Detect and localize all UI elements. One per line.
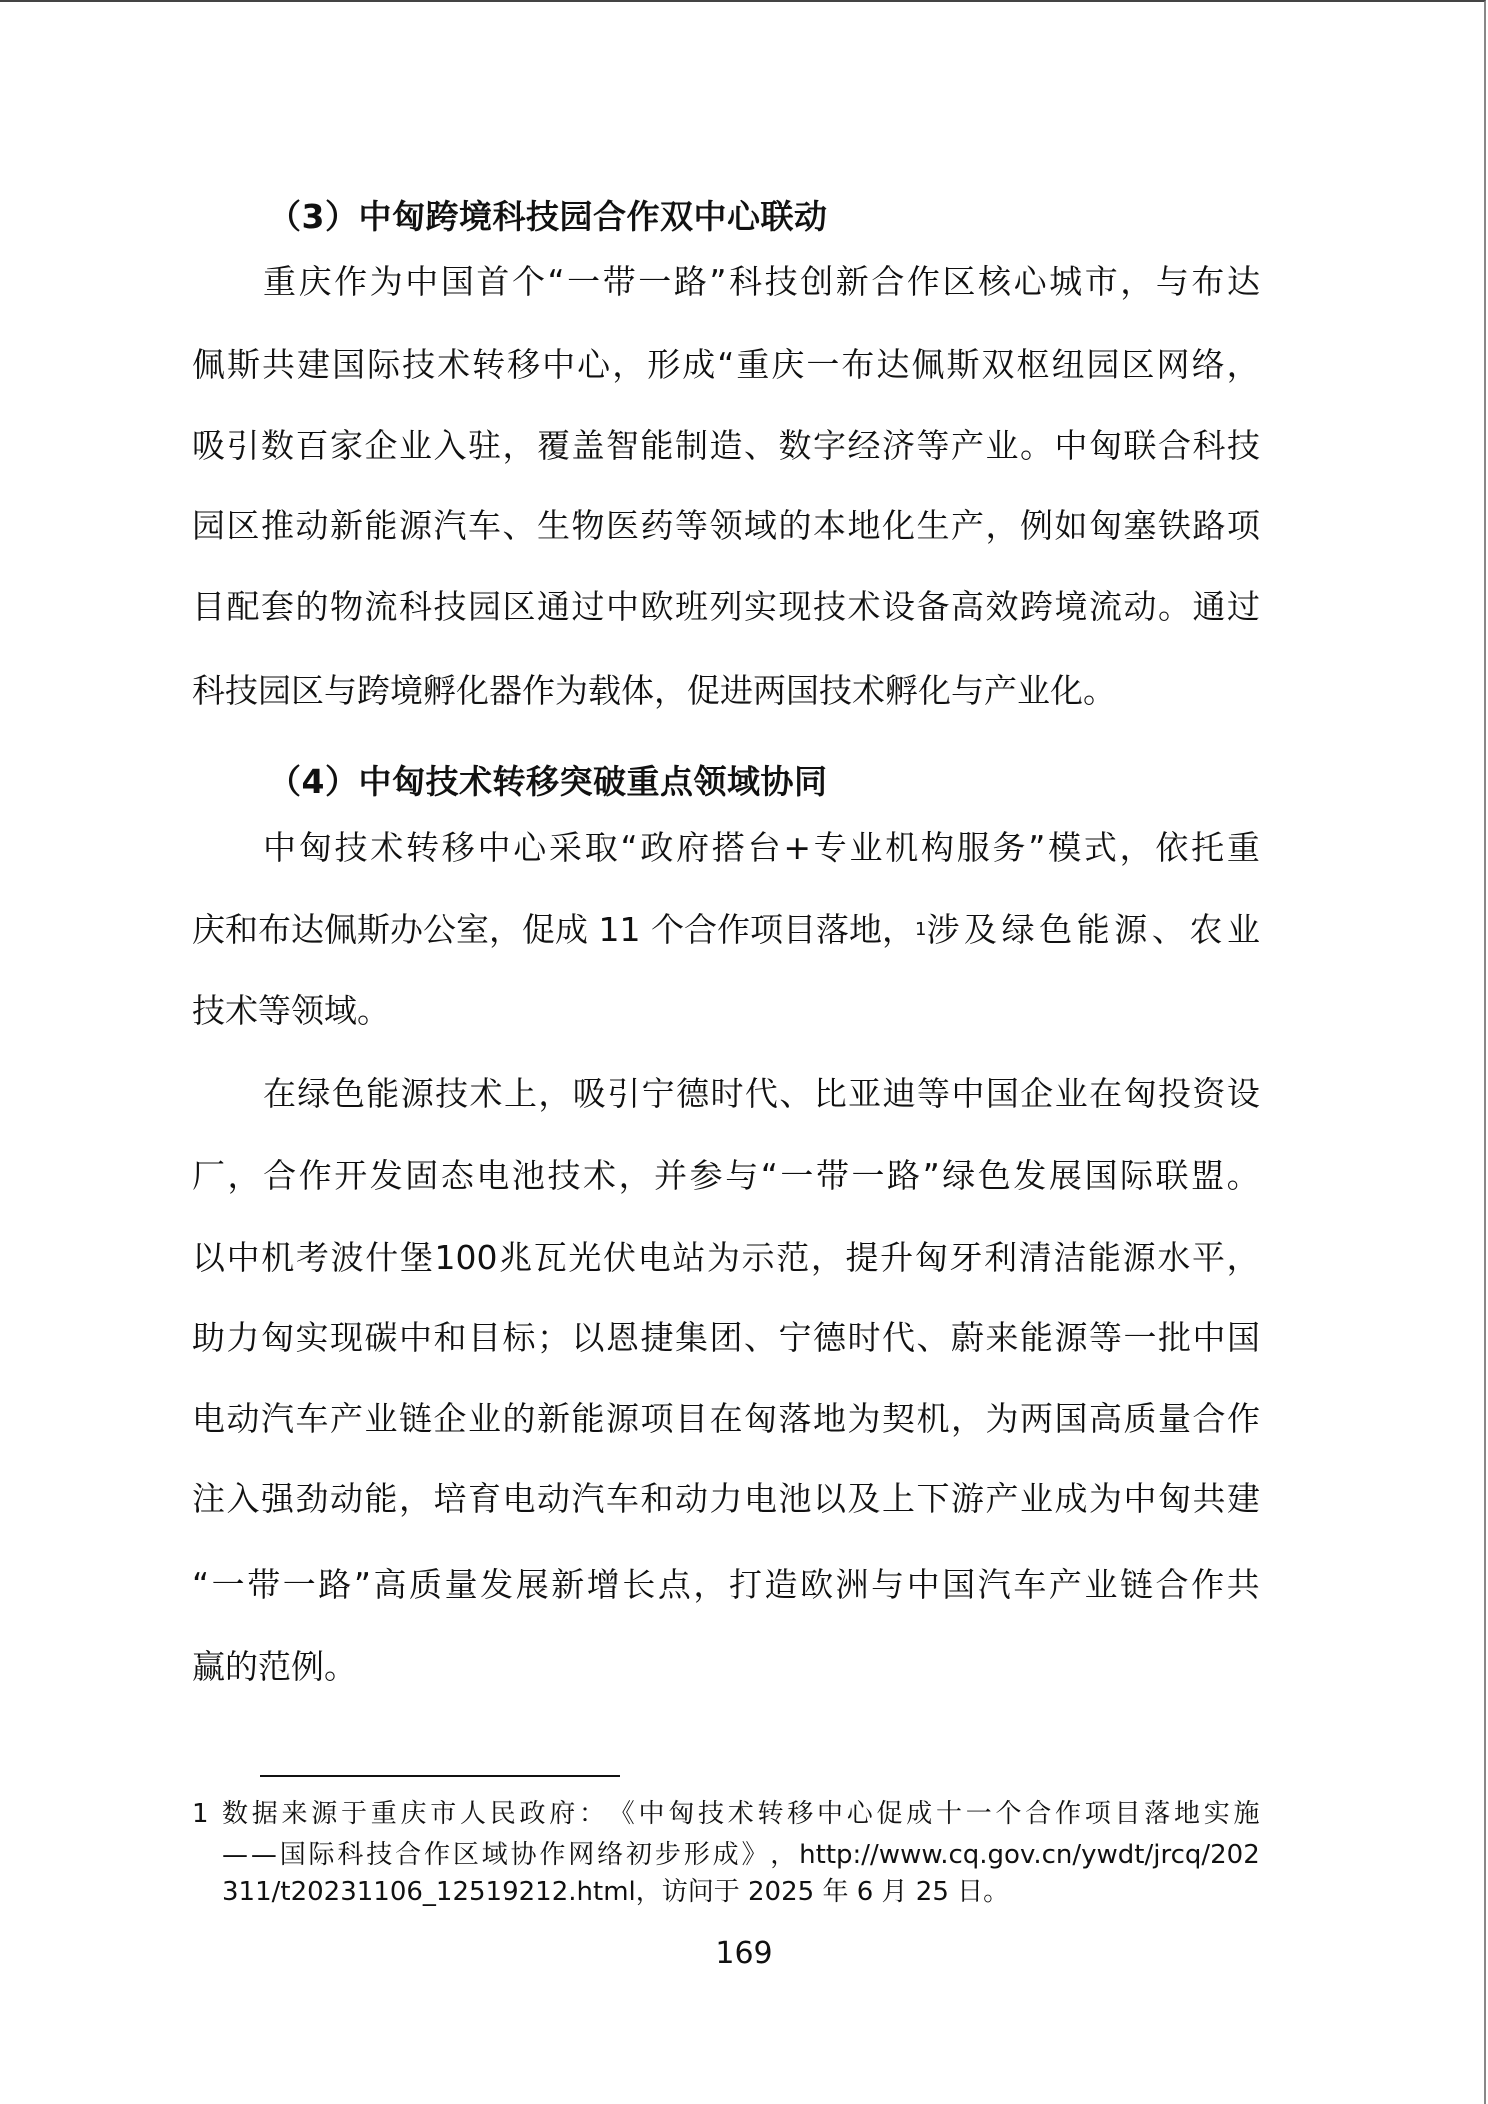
section-3-line-3: 吸引数百家企业入驻，覆盖智能制造、数字经济等产业。中匈联合科技 [192, 424, 1260, 468]
section-4-p1-line-2: 庆和布达佩斯办公室，促成 11 个合作项目落地，1涉及绿色能源、农业 [192, 908, 1260, 952]
footnote-line-1: 数据来源于重庆市人民政府：《中匈技术转移中心促成十一个合作项目落地实施 [222, 1797, 1260, 1831]
section-4-p2-line-1: 在绿色能源技术上，吸引宁德时代、比亚迪等中国企业在匈投资设 [263, 1072, 1260, 1116]
page-frame [0, 0, 1486, 2104]
section-3-line-6: 科技园区与跨境孵化器作为载体，促进两国技术孵化与产业化。 [192, 669, 1260, 713]
section-4-p2-line-2: 厂，合作开发固态电池技术，并参与“一带一路”绿色发展国际联盟。 [192, 1154, 1260, 1198]
section-4-p1-line-2-text-b: 涉及绿色能源、农业 [926, 908, 1260, 952]
section-3-line-5: 目配套的物流科技园区通过中欧班列实现技术设备高效跨境流动。通过 [192, 585, 1260, 629]
section-3-line-1: 重庆作为中国首个“一带一路”科技创新合作区核心城市，与布达 [263, 260, 1260, 304]
section-4-p2-line-5: 电动汽车产业链企业的新能源项目在匈落地为契机，为两国高质量合作 [192, 1397, 1260, 1441]
section-4-p1-line-1: 中匈技术转移中心采取“政府搭台+专业机构服务”模式，依托重 [263, 826, 1260, 870]
section-4-p1-line-3: 技术等领域。 [192, 989, 1260, 1033]
footnote-line-3: 311/t20231106_12519212.html，访问于 2025 年 6… [222, 1875, 1260, 1909]
section-4-p2-line-3: 以中机考波什堡100兆瓦光伏电站为示范，提升匈牙利清洁能源水平， [192, 1236, 1260, 1280]
section-4-p2-line-6: 注入强劲动能，培育电动汽车和动力电池以及上下游产业成为中匈共建 [192, 1477, 1260, 1521]
section-4-p2-line-4: 助力匈实现碳中和目标；以恩捷集团、宁德时代、蔚来能源等一批中国 [192, 1316, 1260, 1360]
section-4-heading: （4）中匈技术转移突破重点领域协同 [268, 760, 827, 804]
section-4-p1-line-2-text-a: 庆和布达佩斯办公室，促成 11 个合作项目落地， [192, 908, 915, 952]
page-number: 169 [0, 1934, 1488, 1974]
section-4-p2-line-7: “一带一路”高质量发展新增长点，打造欧洲与中国汽车产业链合作共 [192, 1563, 1260, 1607]
section-3-line-4: 园区推动新能源汽车、生物医药等领域的本地化生产，例如匈塞铁路项 [192, 504, 1260, 548]
section-4-p2-line-8: 赢的范例。 [192, 1645, 1260, 1689]
section-4-p1-line-2-rest: 1涉及绿色能源、农业 [915, 908, 1260, 952]
footnote-line-2: ——国际科技合作区域协作网络初步形成》，http://www.cq.gov.cn… [222, 1838, 1260, 1872]
section-3-line-2: 佩斯共建国际技术转移中心，形成“重庆一布达佩斯双枢纽园区网络， [192, 343, 1260, 387]
section-3-heading: （3）中匈跨境科技园合作双中心联动 [268, 195, 827, 239]
footnote-number: 1 [192, 1797, 209, 1831]
footnote-separator [260, 1775, 620, 1777]
